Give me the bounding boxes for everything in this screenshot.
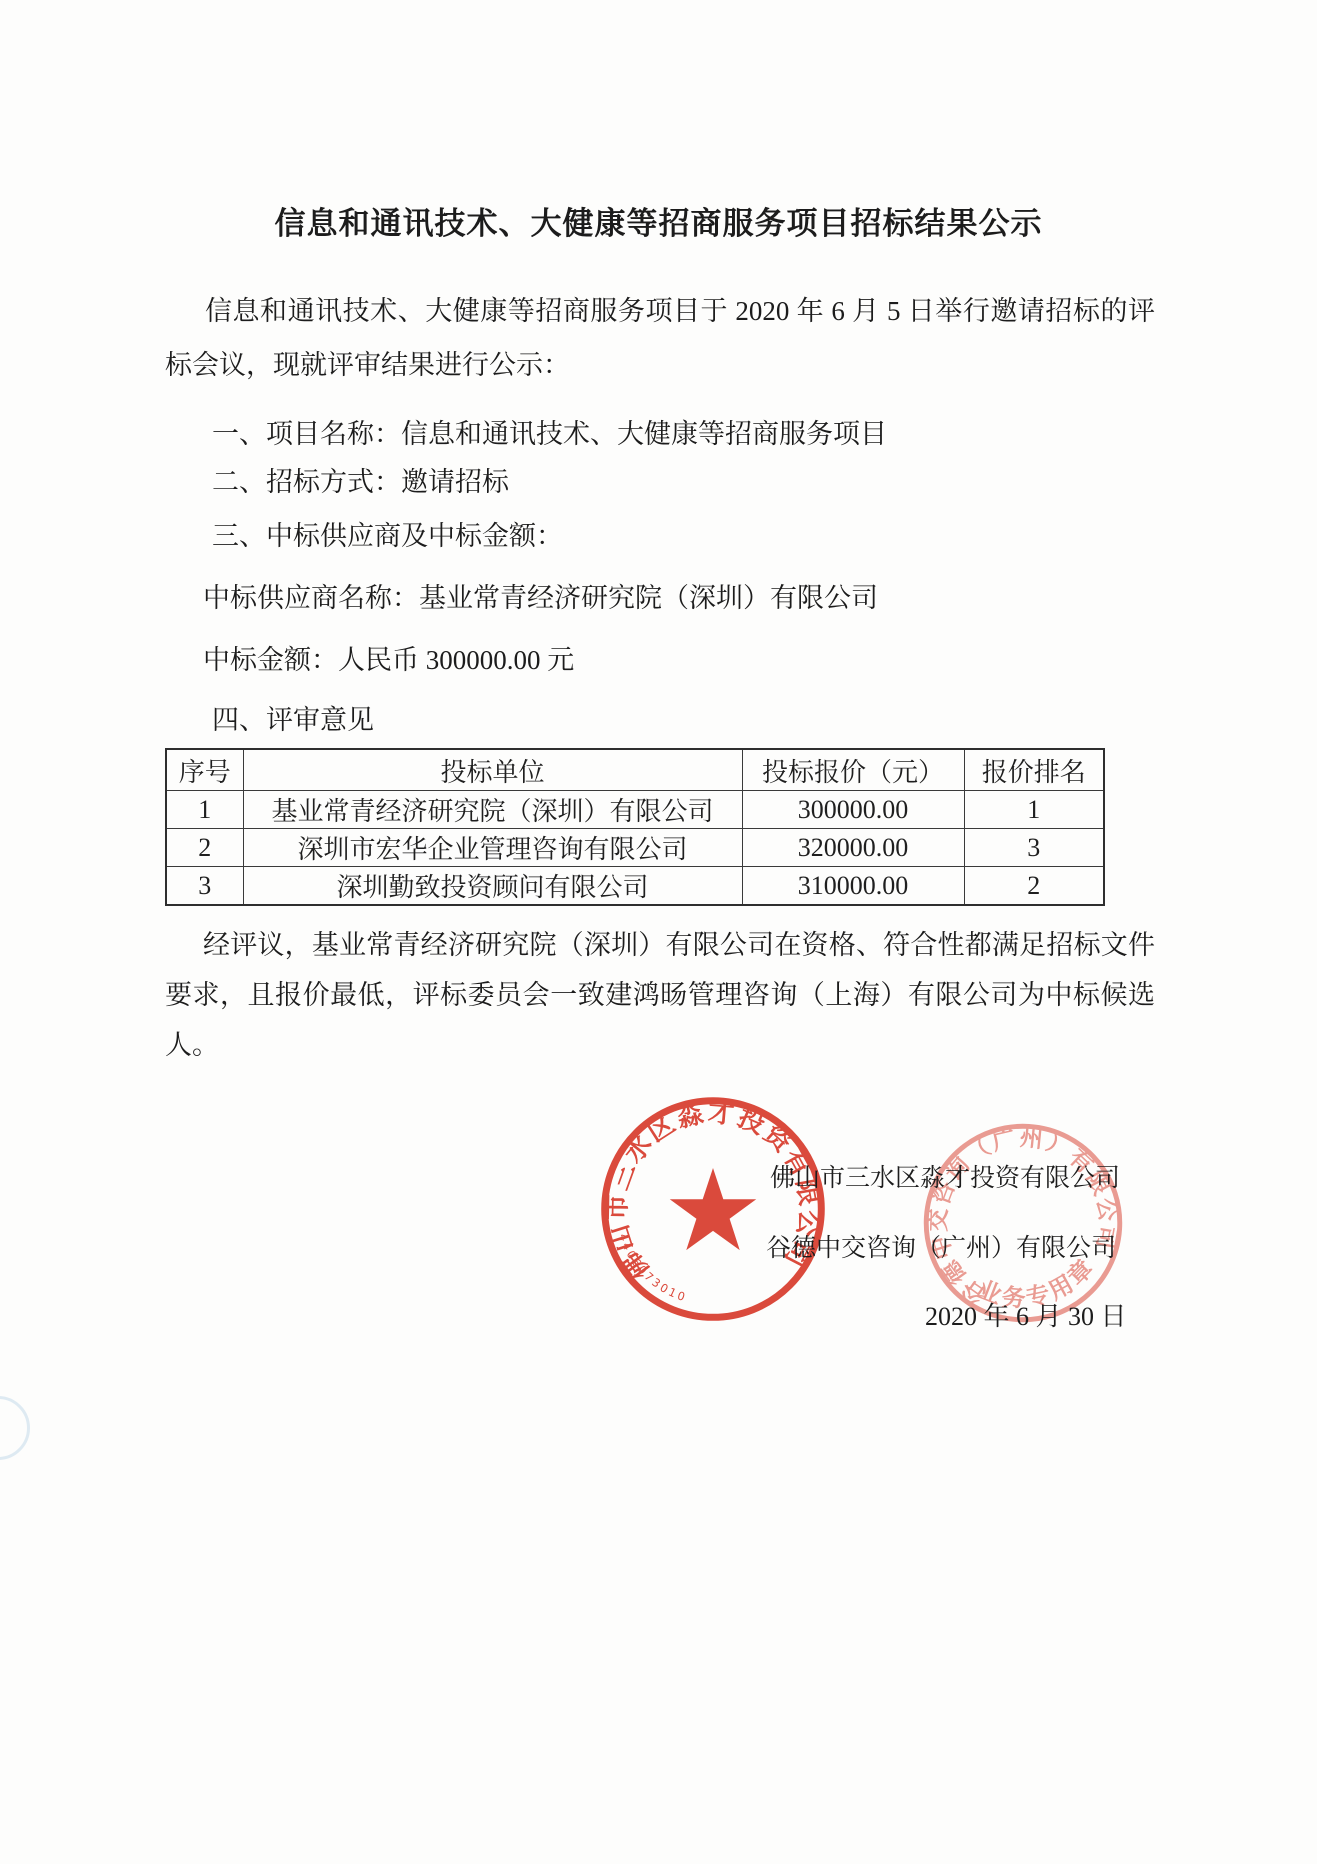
table-row: 3 深圳勤致投资顾问有限公司 310000.00 2 [166, 867, 1104, 906]
cell-rank: 2 [964, 867, 1104, 906]
cell-bidder: 深圳勤致投资顾问有限公司 [243, 867, 742, 906]
table-row: 1 基业常青经济研究院（深圳）有限公司 300000.00 1 [166, 791, 1104, 829]
item-project-name: 一、项目名称：信息和通讯技术、大健康等招商服务项目 [212, 412, 887, 451]
intro-paragraph: 信息和通讯技术、大健康等招商服务项目于 2020 年 6 月 5 日举行邀请招标… [165, 284, 1155, 392]
table-row: 2 深圳市宏华企业管理咨询有限公司 320000.00 3 [166, 829, 1104, 867]
signature-date: 2020 年 6 月 30 日 [925, 1296, 1127, 1333]
item-winner-heading: 三、中标供应商及中标金额： [212, 514, 563, 553]
company-seal-round: 佛山市三水区淼才投资有限公司 4406073010547 [582, 1078, 844, 1340]
item-review-opinion: 四、评审意见 [212, 698, 374, 737]
col-header-index: 序号 [166, 749, 243, 791]
star-icon [670, 1168, 756, 1250]
scanned-document-page: 信息和通讯技术、大健康等招商服务项目招标结果公示 信息和通讯技术、大健康等招商服… [0, 0, 1317, 1864]
cell-rank: 3 [964, 829, 1104, 867]
cell-price: 310000.00 [742, 867, 964, 906]
signature-company-1: 佛山市三水区淼才投资有限公司 [770, 1158, 1120, 1194]
document-title: 信息和通讯技术、大健康等招商服务项目招标结果公示 [0, 198, 1317, 243]
table-header-row: 序号 投标单位 投标报价（元） 报价排名 [166, 749, 1104, 791]
col-header-price: 投标报价（元） [742, 749, 964, 791]
col-header-bidder: 投标单位 [243, 749, 742, 791]
cell-bidder: 基业常青经济研究院（深圳）有限公司 [243, 791, 742, 829]
bid-results-table: 序号 投标单位 投标报价（元） 报价排名 1 基业常青经济研究院（深圳）有限公司… [165, 748, 1105, 906]
winner-amount-line: 中标金额：人民币 300000.00 元 [203, 638, 574, 677]
cell-price: 320000.00 [742, 829, 964, 867]
scan-artifact-circle [0, 1396, 30, 1460]
cell-price: 300000.00 [742, 791, 964, 829]
signature-company-2: 谷德中交咨询（广州）有限公司 [766, 1228, 1116, 1264]
col-header-rank: 报价排名 [964, 749, 1104, 791]
cell-index: 3 [166, 867, 243, 906]
cell-index: 1 [166, 791, 243, 829]
cell-index: 2 [166, 829, 243, 867]
cell-rank: 1 [964, 791, 1104, 829]
conclusion-paragraph: 经评议，基业常青经济研究院（深圳）有限公司在资格、符合性都满足招标文件要求，且报… [165, 920, 1155, 1070]
cell-bidder: 深圳市宏华企业管理咨询有限公司 [243, 829, 742, 867]
winner-supplier-line: 中标供应商名称：基业常青经济研究院（深圳）有限公司 [203, 576, 878, 615]
item-bid-method: 二、招标方式：邀请招标 [212, 460, 509, 499]
